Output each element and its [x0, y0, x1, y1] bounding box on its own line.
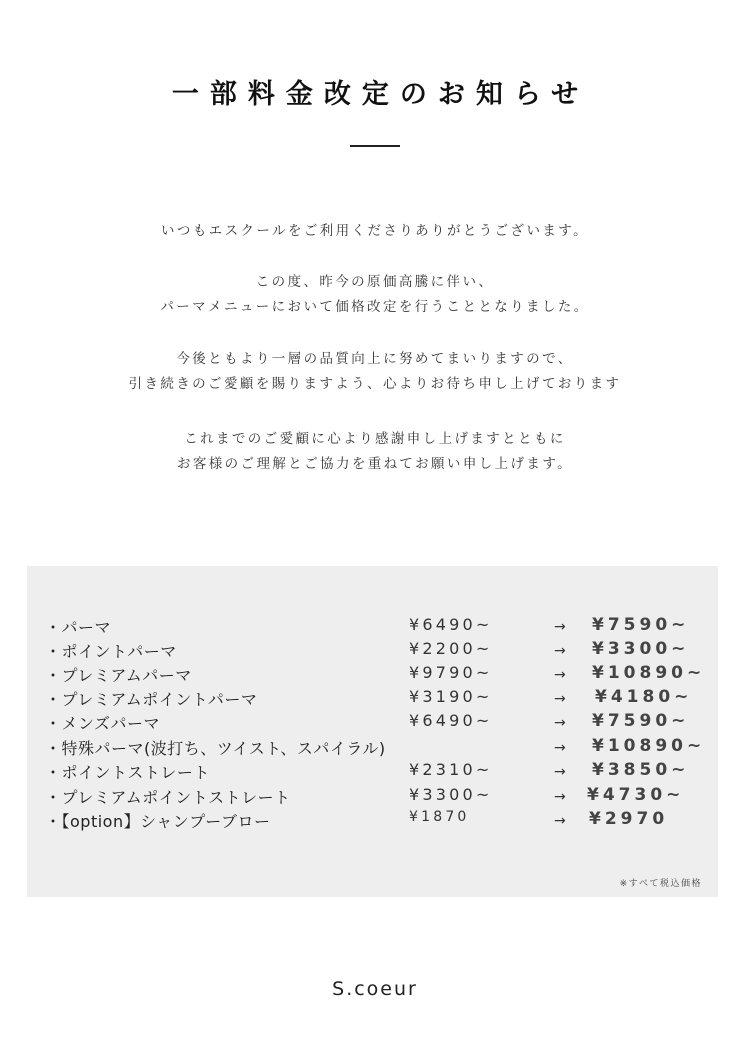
- old-price: ¥6490~: [409, 711, 493, 730]
- intro-line: 今後ともより一層の品質向上に努めてまいりますので、: [0, 347, 750, 372]
- price-row: ・特殊パーマ(波打ち、ツイスト、スパイラル) → ¥10890~: [27, 736, 718, 760]
- item-name: ・プレミアムポイントパーマ: [45, 687, 257, 710]
- intro-line: お客様のご理解とご協力を重ねてお願い申し上げます。: [0, 452, 750, 477]
- arrow-right-icon: →: [554, 663, 566, 687]
- old-price: ¥3190~: [409, 687, 493, 706]
- intro-line: いつもエスクールをご利用くださりありがとうございます。: [0, 219, 750, 244]
- arrow-right-icon: →: [554, 785, 566, 809]
- old-price: ¥6490~: [409, 615, 493, 634]
- arrow-right-icon: →: [554, 639, 566, 663]
- item-name: ・ポイントストレート: [45, 760, 210, 783]
- item-name: ・【option】シャンプーブロー: [45, 809, 271, 832]
- arrow-right-icon: →: [554, 711, 566, 735]
- new-price: ¥7590~: [592, 711, 689, 731]
- price-row: ・メンズパーマ ¥6490~ → ¥7590~: [27, 711, 718, 735]
- intro-line: 引き続きのご愛顧を賜りますよう、心よりお待ち申し上げております: [0, 372, 750, 397]
- new-price: ¥3850~: [592, 760, 689, 780]
- intro-line: パーマメニューにおいて価格改定を行うこととなりました。: [0, 295, 750, 320]
- price-row: ・プレミアムポイントパーマ ¥3190~ → ¥4180~: [27, 687, 718, 711]
- old-price: ¥3300~: [409, 785, 493, 804]
- old-price: ¥2200~: [409, 639, 493, 658]
- brand-logo: S.coeur: [0, 978, 750, 1000]
- new-price: ¥4180~: [595, 687, 692, 707]
- title-divider: [350, 145, 400, 147]
- price-list-panel: ・パーマ ¥6490~ → ¥7590~ ・ポイントパーマ ¥2200~ → ¥…: [27, 566, 718, 897]
- intro-paragraph-1: いつもエスクールをご利用くださりありがとうございます。: [0, 219, 750, 244]
- intro-line: これまでのご愛顧に心より感謝申し上げますとともに: [0, 427, 750, 452]
- arrow-right-icon: →: [554, 736, 566, 760]
- new-price: ¥3300~: [592, 639, 689, 659]
- price-row: ・パーマ ¥6490~ → ¥7590~: [27, 615, 718, 639]
- item-name: ・特殊パーマ(波打ち、ツイスト、スパイラル): [45, 736, 386, 759]
- item-name: ・ポイントパーマ: [45, 639, 177, 662]
- new-price: ¥2970: [589, 809, 668, 829]
- old-price: ¥9790~: [409, 663, 493, 682]
- item-name: ・パーマ: [45, 615, 111, 638]
- item-name: ・メンズパーマ: [45, 711, 160, 734]
- intro-line: この度、昨今の原価高騰に伴い、: [0, 270, 750, 295]
- page-title: 一部料金改定のお知らせ: [0, 72, 750, 111]
- arrow-right-icon: →: [554, 615, 566, 639]
- price-row: ・プレミアムポイントストレート ¥3300~ → ¥4730~: [27, 785, 718, 809]
- old-price: ¥2310~: [409, 760, 493, 779]
- price-row: ・ポイントストレート ¥2310~ → ¥3850~: [27, 760, 718, 784]
- item-name: ・プレミアムポイントストレート: [45, 785, 291, 808]
- price-row: ・プレミアムパーマ ¥9790~ → ¥10890~: [27, 663, 718, 687]
- arrow-right-icon: →: [554, 687, 566, 711]
- tax-included-note: ※すべて税込価格: [620, 876, 702, 889]
- new-price: ¥7590~: [592, 615, 689, 635]
- new-price: ¥10890~: [592, 736, 705, 756]
- arrow-right-icon: →: [554, 809, 566, 833]
- price-row: ・ポイントパーマ ¥2200~ → ¥3300~: [27, 639, 718, 663]
- intro-paragraph-4: これまでのご愛顧に心より感謝申し上げますとともに お客様のご理解とご協力を重ねて…: [0, 427, 750, 477]
- price-row: ・【option】シャンプーブロー ¥1870 → ¥2970: [27, 809, 718, 833]
- intro-paragraph-2: この度、昨今の原価高騰に伴い、 パーマメニューにおいて価格改定を行うこととなりま…: [0, 270, 750, 320]
- arrow-right-icon: →: [554, 760, 566, 784]
- new-price: ¥10890~: [592, 663, 705, 683]
- intro-paragraph-3: 今後ともより一層の品質向上に努めてまいりますので、 引き続きのご愛顧を賜りますよ…: [0, 347, 750, 397]
- item-name: ・プレミアムパーマ: [45, 663, 192, 686]
- old-price: ¥1870: [409, 809, 470, 825]
- new-price: ¥4730~: [587, 785, 684, 805]
